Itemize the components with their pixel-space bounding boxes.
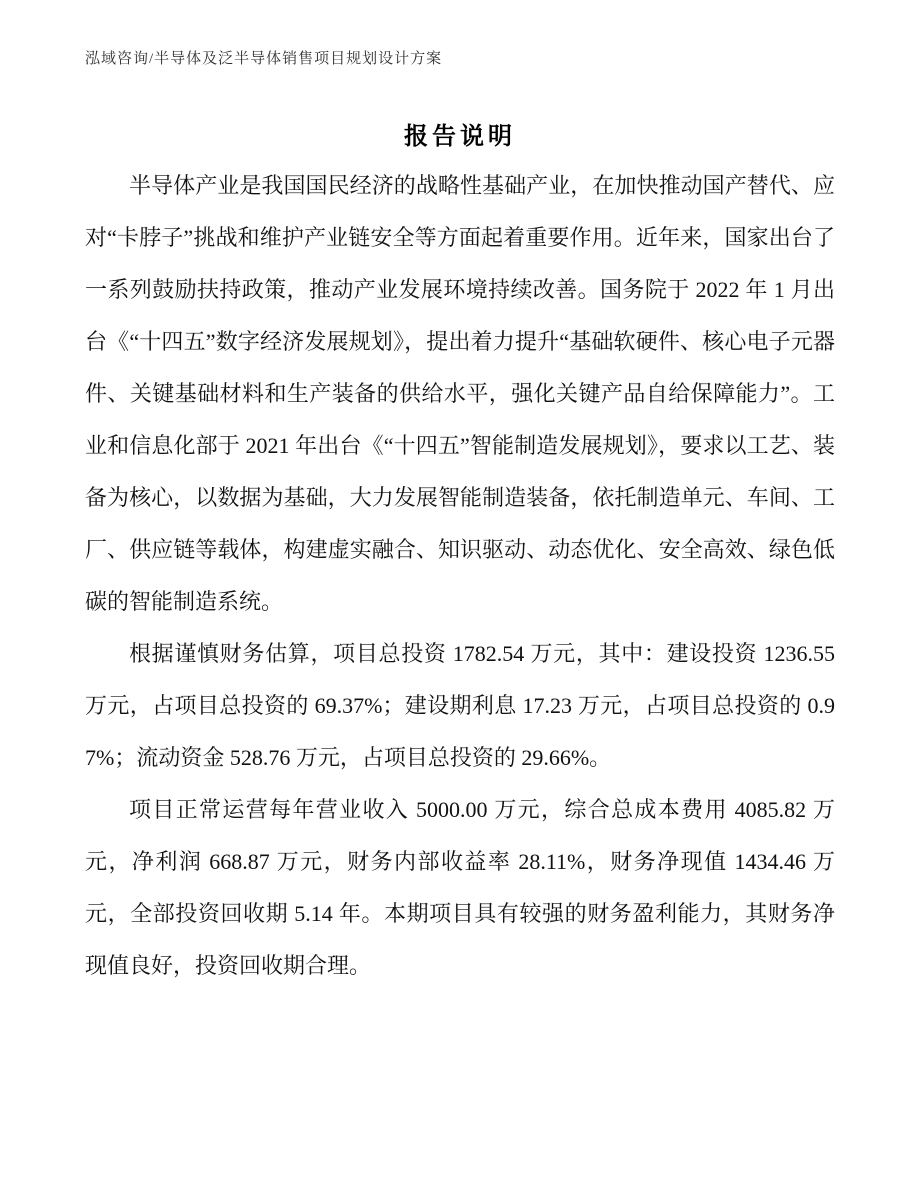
paragraph-operating-financials: 项目正常运营每年营业收入 5000.00 万元，综合总成本费用 4085.82 … bbox=[85, 784, 835, 992]
document-header: 泓域咨询/半导体及泛半导体销售项目规划设计方案 bbox=[85, 48, 835, 70]
document-page: 泓域咨询/半导体及泛半导体销售项目规划设计方案 报告说明 半导体产业是我国国民经… bbox=[0, 0, 920, 1191]
document-body: 半导体产业是我国国民经济的战略性基础产业，在加快推动国产替代、应对“卡脖子”挑战… bbox=[85, 160, 835, 992]
page-title: 报告说明 bbox=[85, 120, 835, 154]
paragraph-investment-estimate: 根据谨慎财务估算，项目总投资 1782.54 万元，其中：建设投资 1236.5… bbox=[85, 628, 835, 784]
paragraph-industry-overview: 半导体产业是我国国民经济的战略性基础产业，在加快推动国产替代、应对“卡脖子”挑战… bbox=[85, 160, 835, 628]
